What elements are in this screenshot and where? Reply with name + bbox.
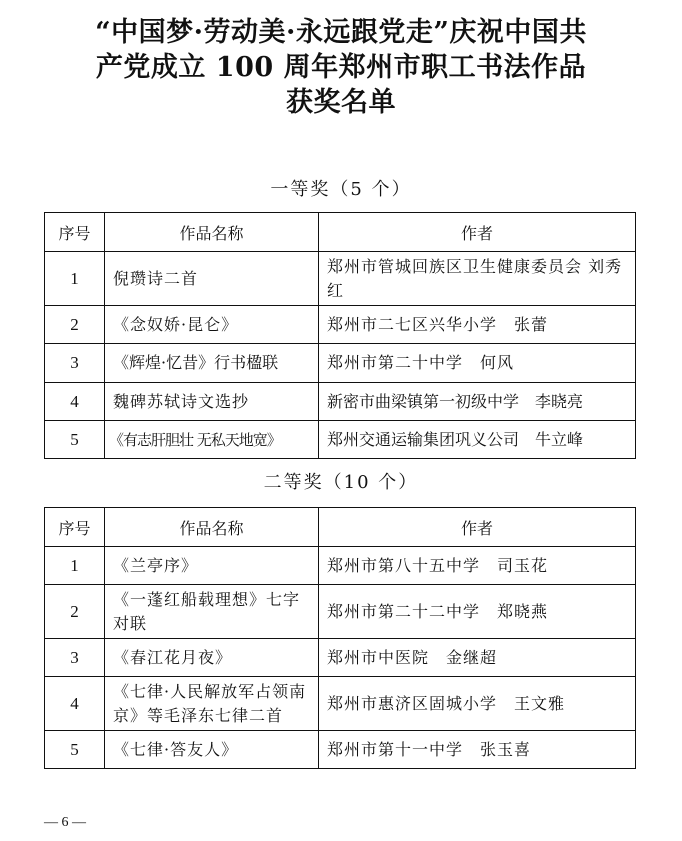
author: 郑州市第十一中学 张玉喜: [319, 731, 636, 769]
author: 郑州市第二十中学 何风: [319, 344, 636, 383]
table-header-row: 序号 作品名称 作者: [45, 213, 636, 252]
table-row: 2 《一蓬红船载理想》七字对联 郑州市第二十二中学 郑晓燕: [45, 585, 636, 639]
first-prize-table: 序号 作品名称 作者 1 倪瓒诗二首 郑州市管城回族区卫生健康委员会 刘秀红 2…: [44, 212, 636, 459]
column-header-author: 作者: [319, 508, 636, 547]
table-row: 3 《春江花月夜》 郑州市中医院 金继超: [45, 639, 636, 677]
table-row: 1 倪瓒诗二首 郑州市管城回族区卫生健康委员会 刘秀红: [45, 252, 636, 306]
author: 郑州交通运输集团巩义公司 牛立峰: [319, 421, 636, 459]
author: 郑州市惠济区固城小学 王文雅: [319, 677, 636, 731]
row-number: 3: [45, 344, 105, 383]
row-number: 4: [45, 383, 105, 421]
column-header-no: 序号: [45, 508, 105, 547]
first-prize-heading: 一等奖（5 个）: [0, 175, 682, 201]
row-number: 3: [45, 639, 105, 677]
row-number: 5: [45, 731, 105, 769]
document-title-line-3: 获奖名单: [0, 86, 682, 120]
second-prize-table: 序号 作品名称 作者 1 《兰亭序》 郑州市第八十五中学 司玉花 2 《一蓬红船…: [44, 507, 636, 769]
second-prize-heading: 二等奖（10 个）: [0, 468, 682, 494]
work-title: 《辉煌·忆昔》行书楹联: [105, 344, 319, 383]
work-title: 《七律·答友人》: [105, 731, 319, 769]
work-title: 《一蓬红船载理想》七字对联: [105, 585, 319, 639]
row-number: 5: [45, 421, 105, 459]
document-title-line-2: 产党成立 100 周年郑州市职工书法作品: [0, 51, 682, 85]
row-number: 1: [45, 547, 105, 585]
work-title: 《兰亭序》: [105, 547, 319, 585]
author: 郑州市二七区兴华小学 张蕾: [319, 306, 636, 344]
work-title: 倪瓒诗二首: [105, 252, 319, 306]
table-row: 4 魏碑苏轼诗文选抄 新密市曲梁镇第一初级中学 李晓亮: [45, 383, 636, 421]
column-header-work: 作品名称: [105, 213, 319, 252]
row-number: 4: [45, 677, 105, 731]
work-title: 《有志肝胆壮 无私天地宽》: [105, 421, 319, 459]
row-number: 2: [45, 585, 105, 639]
work-title: 《念奴娇·昆仑》: [105, 306, 319, 344]
document-title-line-1: “中国梦·劳动美·永远跟党走”庆祝中国共: [0, 16, 682, 50]
table-row: 2 《念奴娇·昆仑》 郑州市二七区兴华小学 张蕾: [45, 306, 636, 344]
author: 郑州市中医院 金继超: [319, 639, 636, 677]
author: 郑州市第二十二中学 郑晓燕: [319, 585, 636, 639]
row-number: 2: [45, 306, 105, 344]
author: 郑州市管城回族区卫生健康委员会 刘秀红: [319, 252, 636, 306]
work-title: 魏碑苏轼诗文选抄: [105, 383, 319, 421]
column-header-no: 序号: [45, 213, 105, 252]
column-header-author: 作者: [319, 213, 636, 252]
table-row: 3 《辉煌·忆昔》行书楹联 郑州市第二十中学 何风: [45, 344, 636, 383]
table-row: 4 《七律·人民解放军占领南京》等毛泽东七律二首 郑州市惠济区固城小学 王文雅: [45, 677, 636, 731]
table-header-row: 序号 作品名称 作者: [45, 508, 636, 547]
author: 郑州市第八十五中学 司玉花: [319, 547, 636, 585]
work-title: 《春江花月夜》: [105, 639, 319, 677]
work-title: 《七律·人民解放军占领南京》等毛泽东七律二首: [105, 677, 319, 731]
page-number: — 6 —: [44, 815, 86, 831]
author: 新密市曲梁镇第一初级中学 李晓亮: [319, 383, 636, 421]
table-row: 1 《兰亭序》 郑州市第八十五中学 司玉花: [45, 547, 636, 585]
table-row: 5 《有志肝胆壮 无私天地宽》 郑州交通运输集团巩义公司 牛立峰: [45, 421, 636, 459]
table-row: 5 《七律·答友人》 郑州市第十一中学 张玉喜: [45, 731, 636, 769]
column-header-work: 作品名称: [105, 508, 319, 547]
row-number: 1: [45, 252, 105, 306]
